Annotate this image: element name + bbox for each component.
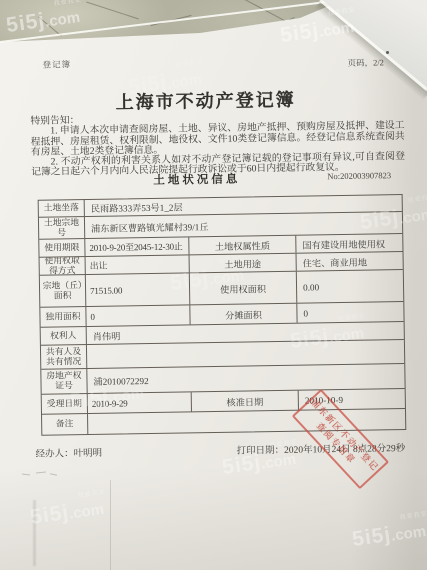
label-text: 核准日期	[226, 394, 263, 409]
row-label: 使用权取得方式	[40, 257, 86, 275]
label-text: 土地坐落	[44, 203, 79, 213]
label-text: 土地宗地号	[40, 218, 83, 238]
row-value-2: 国有建设用地使用权	[296, 234, 402, 253]
row-label: 土地坐落	[39, 200, 85, 217]
photo-of-registry-document: 登记簿 页码，2/2 上海市不动产登记簿 特别告知： 1. 申请人本次申请查阅房…	[0, 0, 427, 570]
row-value-2: 住宅、商业用地	[297, 252, 403, 271]
watermark-domain: .com	[398, 206, 427, 228]
value-text: 浦东新区曹路镇光耀村39/1丘	[91, 219, 209, 235]
value-text: 住宅、商业用地	[303, 254, 368, 269]
watermark-tagline: 我爱我家	[53, 0, 82, 7]
row-label: 备注	[42, 414, 88, 435]
row-label: 宗地（丘）面积	[40, 275, 86, 307]
label-text: 宗地（丘）面积	[41, 281, 84, 301]
row-label: 土地宗地号	[39, 217, 85, 239]
label-text: 权利人	[50, 331, 77, 341]
label-text: 使用期限	[44, 243, 79, 253]
value-text: 国有建设用地使用权	[302, 236, 385, 251]
label-text: 土地权属性质	[215, 238, 270, 253]
row-label: 权利人	[41, 327, 87, 345]
value-text: 0	[303, 308, 308, 318]
row-label-2: 土地权属性质	[189, 236, 296, 255]
row-value: 2010-9-20至2045-12-30止	[85, 237, 189, 256]
row-label-2: 分摊面积	[190, 304, 297, 325]
row-value-2: 0.00	[297, 270, 403, 303]
row-value: 0	[86, 305, 190, 326]
row-label: 独用面积	[40, 307, 86, 327]
label-text: 备注	[56, 419, 74, 429]
operator-label: 经办人：	[36, 449, 74, 460]
registry-corner-label: 登记簿	[42, 58, 71, 70]
value-text: 71515.00	[90, 285, 122, 296]
label-text: 分摊面积	[225, 307, 262, 322]
value-text: 肖伟明	[93, 328, 121, 342]
label-text: 使用权取得方式	[41, 257, 84, 275]
page-number-label: 页码，2/2	[347, 56, 384, 69]
value-text: 出让	[90, 259, 108, 272]
operator-name: 叶明明	[74, 449, 103, 459]
label-text: 共有人及共有情况	[42, 347, 85, 367]
value-text: 民雨路333弄53号1_2层	[91, 199, 183, 214]
value-text: 0.00	[303, 282, 319, 292]
document-number: No:202003907823	[327, 170, 391, 181]
value-text: 2010-9-20至2045-12-30止	[89, 239, 182, 253]
row-label: 使用期限	[39, 239, 85, 257]
value-text: 0	[90, 311, 94, 321]
operator-line: 经办人：叶明明	[36, 445, 103, 460]
row-label-2: 核准日期	[192, 391, 299, 412]
label-text: 独用面积	[45, 312, 80, 322]
row-label: 共有人及共有情况	[41, 345, 87, 369]
